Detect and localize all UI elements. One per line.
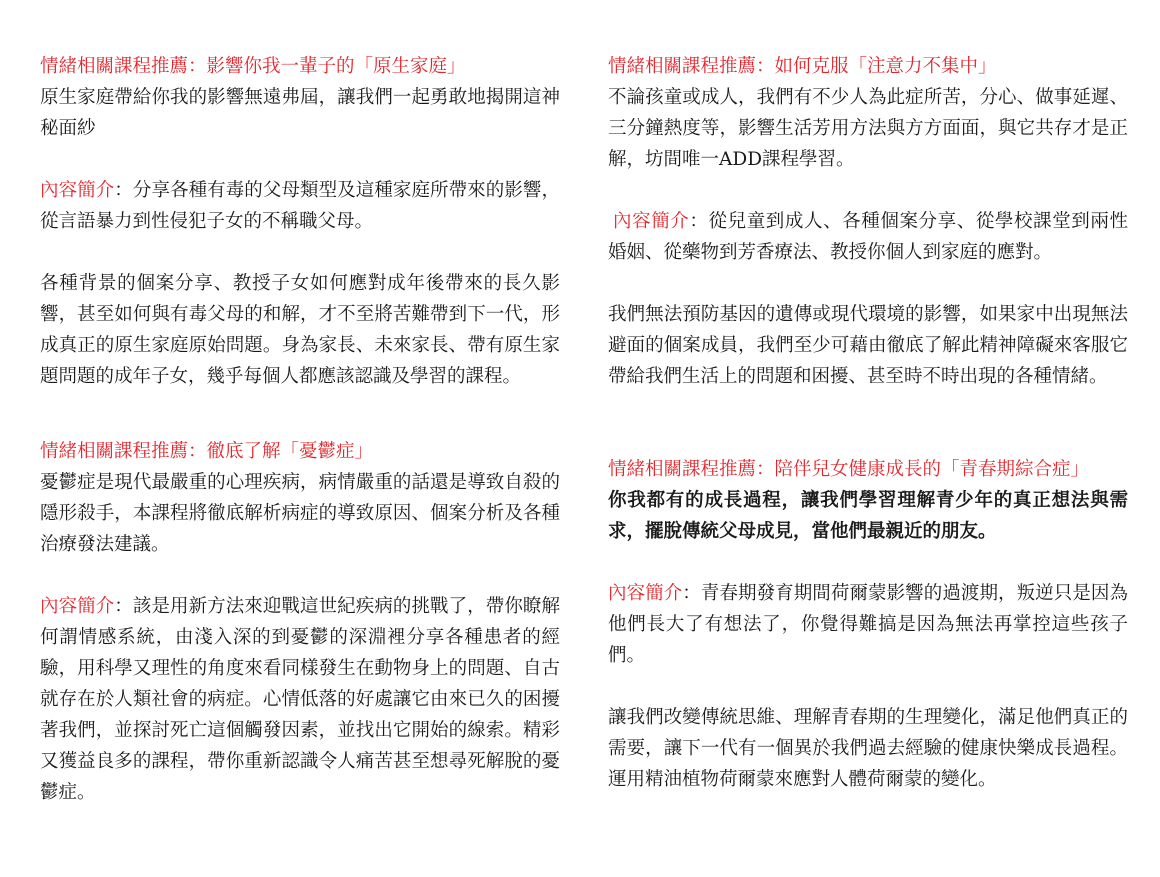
spacer [40,237,560,268]
course-heading: 情緒相關課程推薦：如何克服「注意力不集中」 [608,51,1128,82]
course-subtitle: 原生家庭帶給你我的影響無遠弗屆，讓我們一起勇敢地揭開這神秘面紗 [40,82,560,144]
intro-text: 該是用新方法來迎戰這世紀疾病的挑戰了，帶你瞭解何謂情感系統，由淺入深的到憂鬱的深… [40,596,560,803]
course-subtitle: 不論孩童或成人，我們有不少人為此症所苦，分心、做事延遲、三分鐘熱度等，影響生活芳… [608,82,1128,175]
course-heading: 情緒相關課程推薦：影響你我一輩子的「原生家庭」 [40,51,560,82]
intro-label: 內容簡介 [40,596,114,617]
course-intro: 內容簡介：該是用新方法來迎戰這世紀疾病的挑戰了，帶你瞭解何謂情感系統，由淺入深的… [40,591,560,808]
spacer [40,560,560,591]
intro-label: 內容簡介 [608,583,682,604]
spacer [608,392,1128,454]
course-extra-paragraph: 各種背景的個案分享、教授子女如何應對成年後帶來的長久影響，甚至如何與有毒父母的和… [40,268,560,392]
course-heading: 情緒相關課程推薦：徹底了解「憂鬱症」 [40,436,560,467]
course-extra-paragraph: 我們無法預防基因的遺傳或現代環境的影響，如果家中出現無法避面的個案成員，我們至少… [608,299,1128,392]
intro-colon: ： [114,596,133,617]
course-block-depression: 情緒相關課程推薦：徹底了解「憂鬱症」 憂鬱症是現代最嚴重的心理疾病，病情嚴重的話… [40,436,560,808]
course-intro: 內容簡介：青春期發育期間荷爾蒙影響的過渡期，叛逆只是因為他們長大了有想法了，你覺… [608,578,1128,671]
spacer [608,175,1128,206]
spacer [40,392,560,436]
course-heading: 情緒相關課程推薦：陪伴兒女健康成長的「青春期綜合症」 [608,454,1128,485]
intro-colon: ： [114,180,133,201]
spacer [608,268,1128,299]
course-block-attention-deficit: 情緒相關課程推薦：如何克服「注意力不集中」 不論孩童或成人，我們有不少人為此症所… [608,51,1128,392]
course-block-family-of-origin: 情緒相關課程推薦：影響你我一輩子的「原生家庭」 原生家庭帶給你我的影響無遠弗屆，… [40,51,560,392]
course-subtitle: 憂鬱症是現代最嚴重的心理疾病，病情嚴重的話還是導致自殺的隱形殺手，本課程將徹底解… [40,467,560,560]
course-block-adolescence: 情緒相關課程推薦：陪伴兒女健康成長的「青春期綜合症」 你我都有的成長過程，讓我們… [608,454,1128,795]
left-column: 情緒相關課程推薦：影響你我一輩子的「原生家庭」 原生家庭帶給你我的影響無遠弗屆，… [40,51,560,808]
course-intro: 內容簡介：分享各種有毒的父母類型及這種家庭所帶來的影響，從言語暴力到性侵犯子女的… [40,175,560,237]
course-intro: 內容簡介：從兒童到成人、各種個案分享、從學校課堂到兩性婚姻、從藥物到芳香療法、教… [608,206,1128,268]
intro-label: 內容簡介 [608,211,689,232]
right-column: 情緒相關課程推薦：如何克服「注意力不集中」 不論孩童或成人，我們有不少人為此症所… [608,51,1128,795]
intro-colon: ： [682,583,701,604]
spacer [608,671,1128,702]
spacer [40,144,560,175]
spacer [608,547,1128,578]
intro-colon: ： [689,211,708,232]
course-subtitle: 你我都有的成長過程，讓我們學習理解青少年的真正想法與需求，擺脫傳統父母成見，當他… [608,485,1128,547]
course-extra-paragraph: 讓我們改變傳統思維、理解青春期的生理變化，滿足他們真正的需要，讓下一代有一個異於… [608,702,1128,795]
intro-label: 內容簡介 [40,180,114,201]
